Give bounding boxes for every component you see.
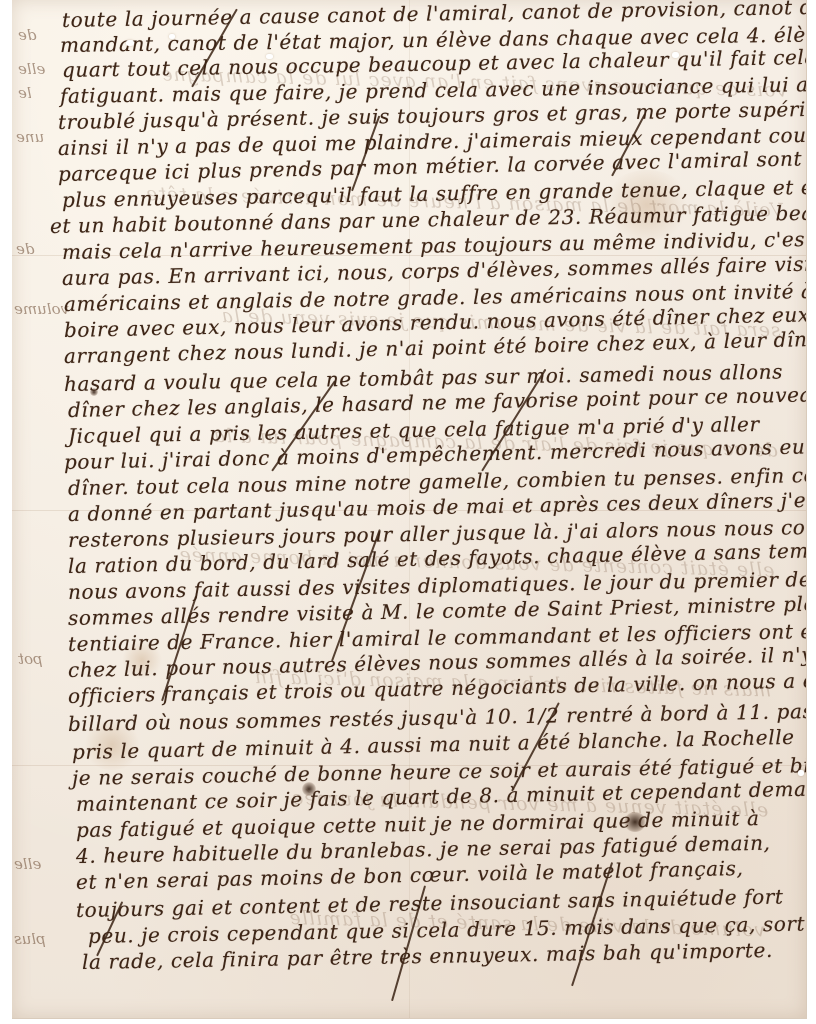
paper-hole bbox=[672, 52, 679, 58]
ink-blot bbox=[302, 782, 316, 796]
paper-hole bbox=[169, 34, 175, 39]
letter-page: vois ce que nous avons fait en l'an avec… bbox=[12, 0, 807, 1019]
ink-blot bbox=[624, 812, 646, 832]
handwritten-text: toute la journée a cause canot de l'amir… bbox=[12, 0, 806, 1018]
paper-hole bbox=[798, 770, 804, 776]
paper-hole bbox=[126, 40, 134, 46]
paper-hole bbox=[266, 54, 273, 59]
ink-blot bbox=[90, 388, 98, 396]
